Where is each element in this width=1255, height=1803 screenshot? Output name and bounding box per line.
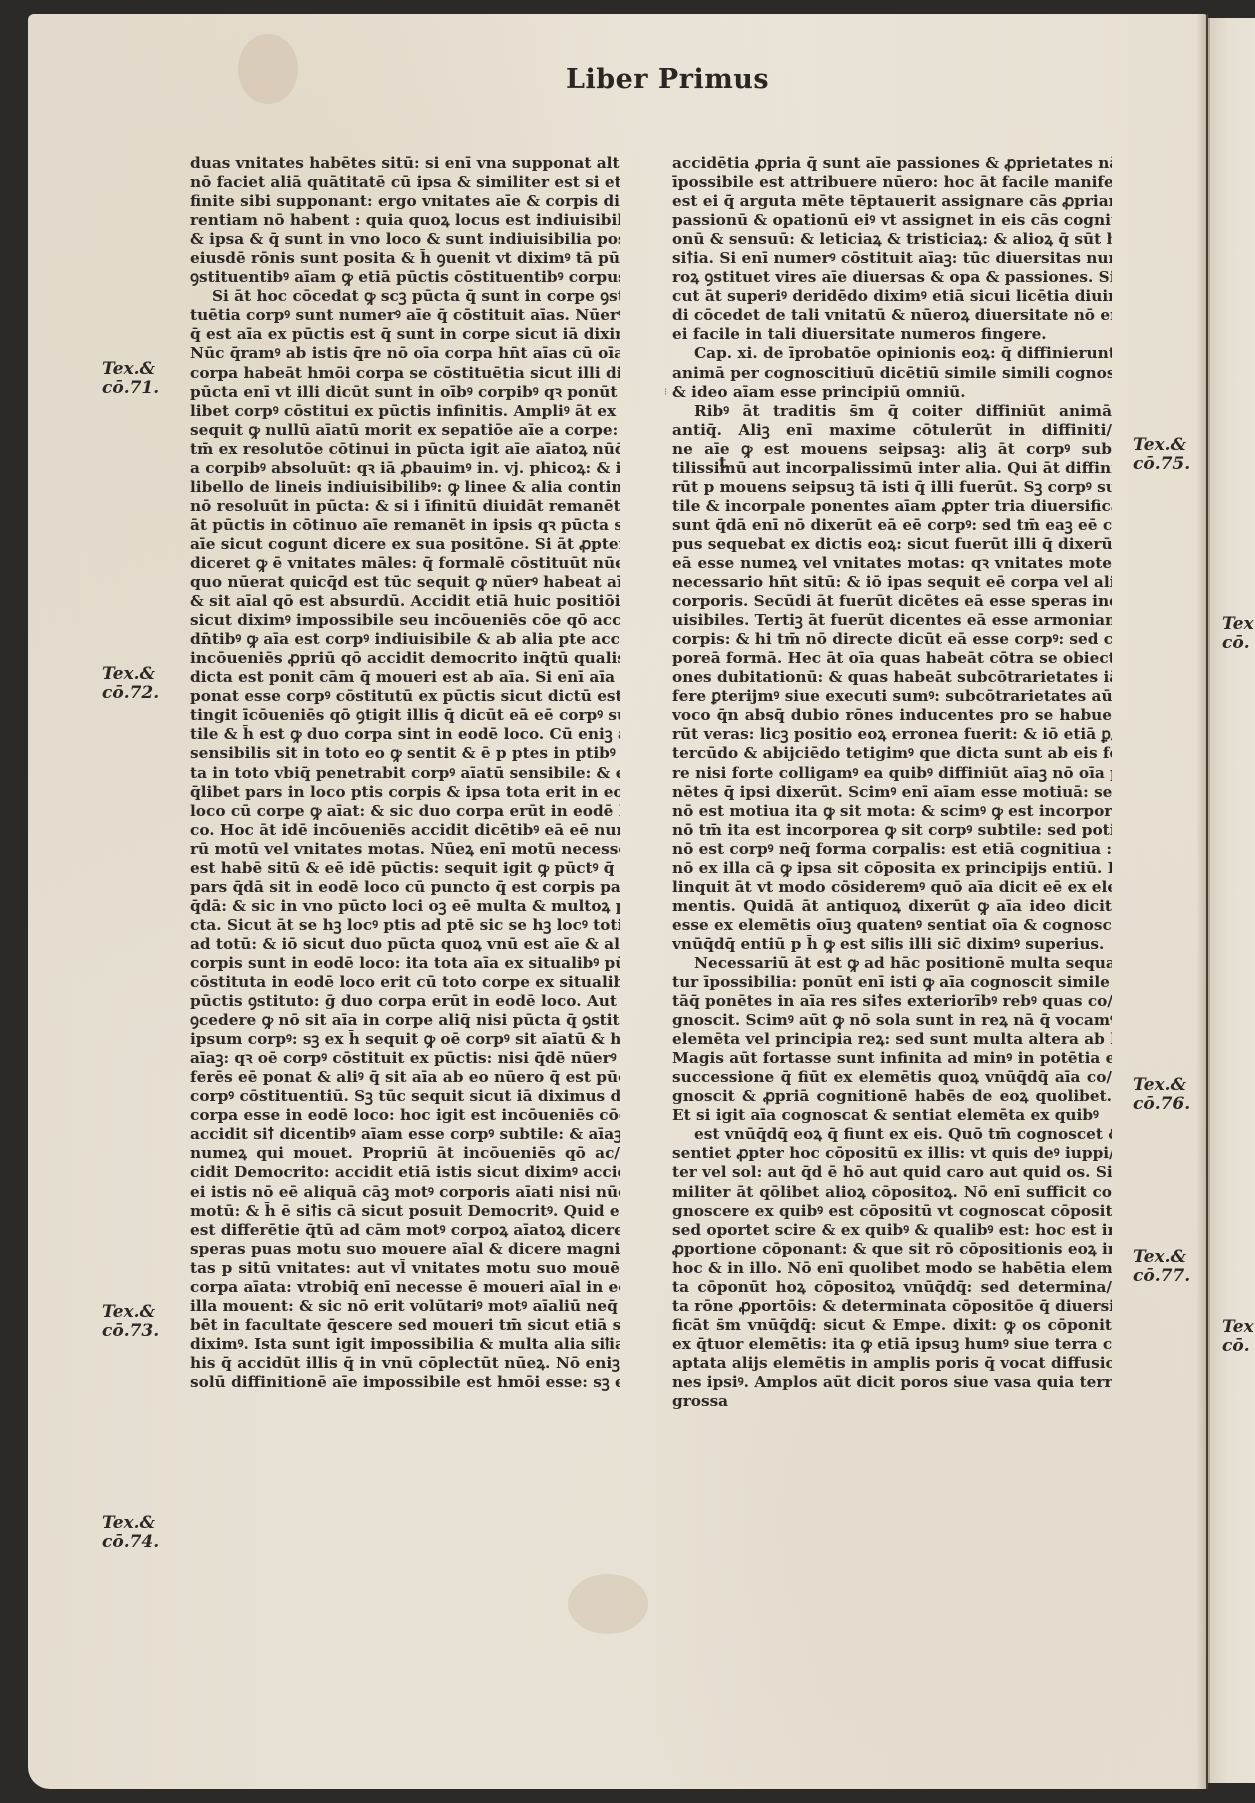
text-line: mentis. Quidā āt antiquoꝝ dixerūt ꝙ aīa … [672, 897, 1112, 916]
text-line: sicut diximꝰ impossibile seu incōueniēs … [190, 611, 620, 630]
text-line: ꝯstituentibꝰ aīam ꝙ etiā pūctis cōstitue… [190, 268, 620, 287]
text-line: sentiet ꝓpter hoc cōpositū ex illis: vt … [672, 1144, 1112, 1163]
text-line: nō est corpꝰ neq̄ forma corpalis: est et… [672, 840, 1112, 859]
text-line: āt pūctis in cōtinuo aīe remanēt in ipsi… [190, 516, 620, 535]
text-line: pars q̄dā sit in eodē loco cū puncto q̄ … [190, 878, 620, 897]
text-line: solū diffinitionē aīe impossibile est hm… [190, 1373, 620, 1392]
text-line: corpa aīata: vtrobiq̄ enī necesse ē moue… [190, 1278, 620, 1297]
text-line: poreā formā. Hec āt oīa quas habeāt cōtr… [672, 649, 1112, 668]
text-line: ficāt s̄m vnūq̄dq̄: sicut & Empe. dixit:… [672, 1316, 1112, 1335]
text-line: di cōcedet de tali vnitatū & nūeroꝝ diue… [672, 306, 1112, 325]
text-line: corpis sunt in eodē loco: ita tota aīa e… [190, 954, 620, 973]
text-line: Et si igit aīa cognoscat & sentiat elemē… [672, 1106, 1112, 1125]
text-line: corpꝰ cōstituentiū. Sꝫ tūc sequit sicut … [190, 1087, 620, 1106]
text-line: voco q̄n absq̄ dubio rōnes inducentes pr… [672, 706, 1112, 725]
text-line: esse ex elemētis oīuꝫ quatenꝰ sentiat oī… [672, 916, 1112, 935]
margin-note-number: cō. [1222, 1337, 1254, 1356]
text-line: militer āt qōlibet alioꝝ cōpositoꝝ. Nō e… [672, 1183, 1112, 1202]
text-line: gnoscit & ꝓpriā cognitionē habēs de eoꝝ … [672, 1087, 1112, 1106]
margin-note: Tex.&cō.72. [102, 665, 159, 703]
text-line: cidit Democrito: accidit etiā istis sicu… [190, 1163, 620, 1182]
text-line: est habē sitū & eē idē pūctis: sequit ig… [190, 859, 620, 878]
text-line: hoc & in illo. Nō enī quolibet modo se h… [672, 1259, 1112, 1278]
text-line: nes ipsiꝰ. Amplos aūt dicit poros siue v… [672, 1373, 1112, 1392]
margin-note-text: Tex [1222, 1318, 1254, 1337]
text-line: rū motū vel vnitates motas. Nūeꝝ enī mot… [190, 840, 620, 859]
printer-mark: t [719, 453, 726, 472]
text-line: & sit aīal qō est absurdū. Accidit etiā … [190, 592, 620, 611]
text-line: sed oportet scire & ex quibꝰ & qualibꝰ e… [672, 1221, 1112, 1240]
text-line: tāq̄ ponētes in aīa res siꝉes exteriorīb… [672, 992, 1112, 1011]
paper-stain [238, 34, 298, 104]
text-line: vnūq̄dq̄ entiū p h̄ ꝙ est siꝉis illi sic… [672, 935, 1112, 954]
margin-note: Texcō. [1222, 1318, 1254, 1356]
text-line: ne aīe ꝙ est mouens seipsaꝫ: aliꝫ āt cor… [672, 440, 1112, 459]
text-line: uisibiles. Tertiꝫ āt fuerūt dicentes eā … [672, 611, 1112, 630]
text-line: incōueniēs ꝓpriū qō accidit democrito in… [190, 649, 620, 668]
margin-note-number: cō.73. [102, 1322, 159, 1341]
text-line: gnoscit. Scimꝰ aūt ꝙ nō sola sunt in reꝝ… [672, 1011, 1112, 1030]
text-line: tm̄ ex resolutōe cōtinui in pūcta igit a… [190, 440, 620, 459]
text-line: nō resoluūt in pūcta: & si i īfinitū diu… [190, 497, 620, 516]
gutter-shadow [1196, 14, 1208, 1789]
left-text-column: duas vnitates habētes sitū: si enī vna s… [190, 154, 620, 1392]
text-line: diximꝰ. Ista sunt igit impossibilia & mu… [190, 1335, 620, 1354]
text-line: Si āt hoc cōcedat ꝙ scꝫ pūcta q̄ sunt in… [190, 287, 620, 306]
text-line: ꝯcedere ꝙ nō sit aīa in corpe aliq̄ nisi… [190, 1011, 620, 1030]
text-line: a corpibꝰ absoluūt: qꝛ iā ꝓbauimꝰ in. vj… [190, 459, 620, 478]
text-line: ferēs eē ponat & aliꝰ q̄ sit aīa ab eo n… [190, 1068, 620, 1087]
text-line: q̄ est aīa ex pūctis est q̄ sunt in corp… [190, 325, 620, 344]
text-line: necessario hn̄t sitū: & iō ipas sequit e… [672, 573, 1112, 592]
margin-note-text: Tex.& [102, 665, 159, 684]
text-line: linquit āt vt modo cōsideremꝰ quō aīa di… [672, 878, 1112, 897]
text-line: onū & sensuū: & leticiaꝝ & tristiciaꝝ: &… [672, 230, 1112, 249]
text-line: fere ꝑterijmꝰ siue executi sumꝰ: subcōtr… [672, 687, 1112, 706]
text-line: ei istis nō eē aliquā cāꝫ motꝰ corporis … [190, 1183, 620, 1202]
text-line: ones dubitationū: & quas habeāt subcōtra… [672, 668, 1112, 687]
text-line: roꝝ ꝯstituet vires aīe diuersas & opa & … [672, 268, 1112, 287]
text-line: rentiam nō habent : quia quoꝝ locus est … [190, 211, 620, 230]
margin-note: Tex.&cō.74. [102, 1514, 159, 1552]
text-line: sunt q̄dā enī nō dixerūt eā eē corpꝰ: se… [672, 516, 1112, 535]
text-line: ter vel sol: aut q̄d ē hō aut quid caro … [672, 1163, 1112, 1182]
running-head: Liber Primus [566, 64, 769, 95]
text-line: aptata alijs elemētis in amplis poris q̄… [672, 1354, 1112, 1373]
paragraph-mark: ⁝ [664, 387, 667, 398]
right-text-column: accidētia ꝓpria q̄ sunt aīe passiones & … [672, 154, 1112, 1411]
text-line: ponat esse corpꝰ cōstitutū ex pūctis sic… [190, 687, 620, 706]
text-line: accidētia ꝓpria q̄ sunt aīe passiones & … [672, 154, 1112, 173]
margin-note: Tex.&cō.73. [102, 1303, 159, 1341]
text-line: eā esse numeꝝ vel vnitates motas: qꝛ vni… [672, 554, 1112, 573]
text-line: est vnūq̄dq̄ eoꝝ q̄ fiunt ex eis. Quō tm… [672, 1125, 1112, 1144]
text-line: aīaꝫ: qꝛ oē corpꝰ cōstituit ex pūctis: n… [190, 1049, 620, 1068]
text-line: nētes q̄ ipsi dixerūt. Scimꝰ enī aīam es… [672, 783, 1112, 802]
text-line: ei facile in tali diuersitate numeros fi… [672, 325, 1112, 344]
text-line: rūt p mouens seipsuꝫ tā isti q̄ illi fue… [672, 478, 1112, 497]
text-line: aīe sicut cogunt dicere ex sua positōne.… [190, 535, 620, 554]
text-line: bēt in facultate q̄escere sed moueri tm̄… [190, 1316, 620, 1335]
text-line: illa mouent: & sic nō erit volūtariꝰ mot… [190, 1297, 620, 1316]
text-line: grossa [672, 1392, 1112, 1411]
text-line: cut āt superiꝰ deridēdo diximꝰ etiā sicu… [672, 287, 1112, 306]
text-line: ta rōne ꝓportōis: & determinata cōpositō… [672, 1297, 1112, 1316]
text-line: libello de lineis indiuisibilibꝰ: ꝙ line… [190, 478, 620, 497]
text-line: pūctis ꝯstituto: ḡ duo corpa erūt in eod… [190, 992, 620, 1011]
margin-note: Texcō. [1222, 615, 1254, 653]
margin-note-number: cō.72. [102, 684, 159, 703]
margin-note: Tex.&cō.75. [1133, 436, 1190, 474]
text-line: ipsum corpꝰ: sꝫ ex h̄ sequit ꝙ oē corpꝰ … [190, 1030, 620, 1049]
text-line: ta in toto vbiq̄ penetrabit corpꝰ aīatū … [190, 764, 620, 783]
text-line: accidit siꝉ dicentibꝰ aīam esse corpꝰ su… [190, 1125, 620, 1144]
text-line: īpossibile est attribuere nūero: hoc āt … [672, 173, 1112, 192]
text-line: ex q̄tuor elemētis: ita ꝙ etiā ipsuꝫ hum… [672, 1335, 1112, 1354]
margin-note-text: Tex.& [1133, 1248, 1190, 1267]
text-line: & ideo aīam esse principiū omniū. [672, 383, 1112, 402]
paper-stain [568, 1574, 648, 1634]
text-line: q̄libet pars in loco ptis corpis & ipsa … [190, 783, 620, 802]
margin-note-number: cō.76. [1133, 1095, 1190, 1114]
margin-note-text: Tex.& [1133, 436, 1190, 455]
text-line: q̄dā: & sic in vno pūcto loci oꝫ eē mult… [190, 897, 620, 916]
text-line: tile & incorpale ponentes aīam ꝓpter tri… [672, 497, 1112, 516]
text-line: motū: & h̄ ē siꝉis cā sicut posuit Democ… [190, 1202, 620, 1221]
margin-note-text: Tex.& [1133, 1076, 1190, 1095]
text-line: Cap. xi. de īprobatōe opinionis eoꝝ: q̄ … [672, 344, 1112, 363]
margin-note: Tex.&cō.71. [102, 360, 159, 398]
text-line: re nisi forte colligamꝰ ea quibꝰ diffini… [672, 764, 1112, 783]
text-line: corpis: & hi tm̄ nō directe dicūt eā ess… [672, 630, 1112, 649]
text-line: nō faciet aliā quātitatē cū ipsa & simil… [190, 173, 620, 192]
text-line: pūcta enī vt illi dicūt sunt in oībꝰ cor… [190, 383, 620, 402]
text-line: nō tm̄ ita est incorporea ꝙ sit corpꝰ su… [672, 821, 1112, 840]
margin-note-number: cō.75. [1133, 455, 1190, 474]
text-line: tur īpossibilia: ponūt enī isti ꝙ aīa co… [672, 973, 1112, 992]
text-line: animā per cognoscitiuū dicētiū simile si… [672, 364, 1112, 383]
text-line: duas vnitates habētes sitū: si enī vna s… [190, 154, 620, 173]
text-line: gnoscere ex quibꝰ est cōpositū vt cognos… [672, 1202, 1112, 1221]
text-line: siꝉia. Si enī numerꝰ cōstituit aīaꝫ: tūc… [672, 249, 1112, 268]
margin-note-text: Tex.& [102, 1303, 159, 1322]
facing-page-edge [1208, 18, 1255, 1783]
text-line: est ei q̄ arguta mēte tēptauerit assigna… [672, 192, 1112, 211]
text-line: corpa esse in eodē loco: hoc igit est in… [190, 1106, 620, 1125]
text-line: est differētie q̄tū ad cām motꝰ corpoꝝ a… [190, 1221, 620, 1240]
text-line: Nūc q̄ramꝰ ab istis q̄re nō oīa corpa hn… [190, 344, 620, 363]
text-line: his q̄ accidūt illis q̄ in vnū cōplectūt… [190, 1354, 620, 1373]
margin-note: Tex.&cō.76. [1133, 1076, 1190, 1114]
text-line: dicta est ponit cām q̄ moueri est ab aīa… [190, 668, 620, 687]
text-line: nō ex illa cā ꝙ ipsa sit cōposita ex pri… [672, 859, 1112, 878]
text-line: loco cū corpe ꝙ aīat: & sic duo corpa er… [190, 802, 620, 821]
text-line: successione q̄ fiūt ex elemētis quoꝝ vnū… [672, 1068, 1112, 1087]
text-line: dn̄tibꝰ ꝙ aīa est corpꝰ indiuisibile & a… [190, 630, 620, 649]
margin-note-text: Tex.& [102, 360, 159, 379]
text-line: eiusdē rōnis sunt posita & h̄ ꝯuenit vt … [190, 249, 620, 268]
text-line: tilissimū aut incorpalissimū inter alia.… [672, 459, 1112, 478]
text-line: rūt veras: licꝫ positio eoꝝ erronea fuer… [672, 725, 1112, 744]
text-line: antiq̄. Aliꝫ enī maxime cōtulerūt in dif… [672, 421, 1112, 440]
text-line: ꝓportione cōponant: & que sit rō cōposit… [672, 1240, 1112, 1259]
margin-note-text: Tex [1222, 615, 1254, 634]
text-line: Ribꝰ āt traditis s̄m q̄ coiter diffiniūt… [672, 402, 1112, 421]
text-line: & ipsa & q̄ sunt in vno loco & sunt indi… [190, 230, 620, 249]
text-line: corpa habeāt hmōi corpa se cōstituētia s… [190, 364, 620, 383]
margin-note-number: cō.71. [102, 379, 159, 398]
margin-note-number: cō.77. [1133, 1267, 1190, 1286]
text-line: tuētia corpꝰ sunt numerꝰ aīe q̄ cōstitui… [190, 306, 620, 325]
text-line: Necessariū āt est ꝙ ad hāc positionē mul… [672, 954, 1112, 973]
text-line: co. Hoc āt idē incōueniēs accidit dicēti… [190, 821, 620, 840]
text-line: cōstituta in eodē loco erit cū toto corp… [190, 973, 620, 992]
margin-note: Tex.&cō.77. [1133, 1248, 1190, 1286]
text-line: sensibilis sit in toto eo ꝙ sentit & ē p… [190, 744, 620, 763]
margin-note-number: cō.74. [102, 1533, 159, 1552]
text-line: tercūdo & abijciēdo tetigimꝰ que dicta s… [672, 744, 1112, 763]
text-line: tingit īcōueniēs qō ꝯtigit illis q̄ dicū… [190, 706, 620, 725]
text-line: cta. Sicut āt se hꝫ locꝰ ptis ad ptē sic… [190, 916, 620, 935]
text-line: passionū & opationū eiꝰ vt assignet in e… [672, 211, 1112, 230]
text-line: speras puas motu suo mouere aīal & dicer… [190, 1240, 620, 1259]
text-line: diceret ꝙ ē vnitates māles: q̄ formalē c… [190, 554, 620, 573]
text-line: tas p sitū vnitates: aut vl̄ vnitates mo… [190, 1259, 620, 1278]
margin-note-number: cō. [1222, 634, 1254, 653]
text-line: tile & h̄ est ꝙ duo corpa sint in eodē l… [190, 725, 620, 744]
text-line: elemēta vel principia reꝝ: sed sunt mult… [672, 1030, 1112, 1049]
text-line: libet corpꝰ cōstitui ex pūctis infinitis… [190, 402, 620, 421]
text-line: sequit ꝙ nullū aīatū morit ex sepatiōe a… [190, 421, 620, 440]
text-line: Magis aūt fortasse sunt infinita ad minꝰ… [672, 1049, 1112, 1068]
text-line: corporis. Secūdi āt fuerūt dicētes eā es… [672, 592, 1112, 611]
text-line: ta cōponūt hoꝝ cōpositoꝝ vnūq̄dq̄: sed d… [672, 1278, 1112, 1297]
text-line: ad totū: & iō sicut duo pūcta quoꝝ vnū e… [190, 935, 620, 954]
text-line: nō est motiua ita ꝙ sit mota: & scimꝰ ꝙ … [672, 802, 1112, 821]
text-line: finite sibi supponant: ergo vnitates aīe… [190, 192, 620, 211]
margin-note-text: Tex.& [102, 1514, 159, 1533]
text-line: numeꝝ qui mouet. Propriū āt incōueniēs q… [190, 1144, 620, 1163]
text-line: quo nūerat quicq̄d est tūc sequit ꝙ nūer… [190, 573, 620, 592]
text-line: pus sequebat ex dictis eoꝝ: sicut fuerūt… [672, 535, 1112, 554]
